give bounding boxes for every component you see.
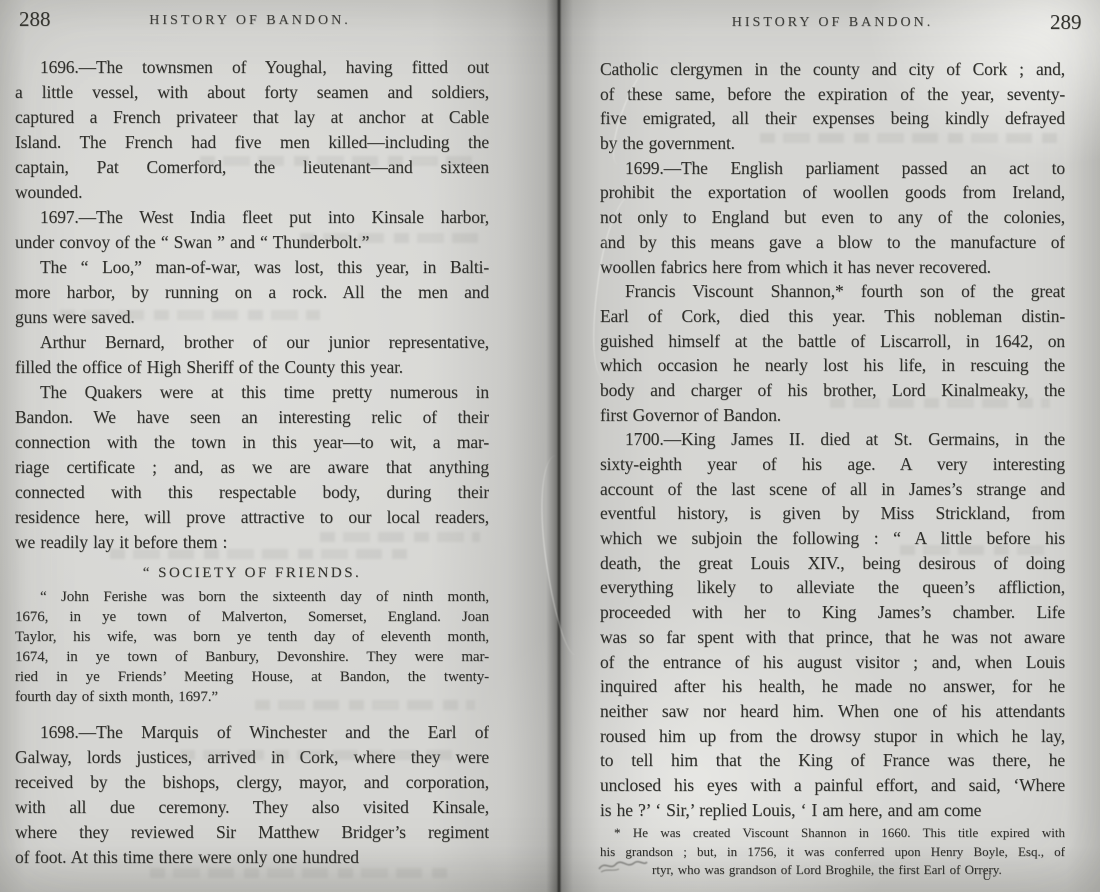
text-line: eventful history, is given by Miss Stric…	[600, 501, 1065, 526]
text-line: wounded.	[15, 180, 489, 205]
text-line: was so far spent with that prince, that …	[600, 625, 1065, 650]
text-line: prohibit the exportation of woollen good…	[600, 180, 1065, 205]
text-line: Island. The French had five men killed—i…	[15, 130, 489, 155]
printer-signature-mark: U	[972, 868, 1002, 884]
text-line: sixty-eighth year of his age. A very int…	[600, 452, 1065, 477]
text-line: death, the great Louis XIV., being desir…	[600, 551, 1065, 576]
text-line: inquired after his health, he made no an…	[600, 674, 1065, 699]
text-line: more harbor, by running on a rock. All t…	[15, 280, 489, 305]
text-line: 1700.—King James II. died at St. Germain…	[600, 427, 1065, 452]
paragraph-catholic-clergymen-continuation: Catholic clergymen in the county and cit…	[600, 57, 1065, 156]
page-number-right: 289	[1050, 10, 1082, 35]
text-line: unclosed his eyes with a painful effort,…	[600, 773, 1065, 798]
left-page-text-block: 1696.—The townsmen of Youghal, having fi…	[15, 55, 489, 870]
text-line: connection with the town in this year—to…	[15, 430, 489, 455]
text-line: riage certificate ; and, as we are aware…	[15, 455, 489, 480]
running-head-right: HISTORY OF BANDON.	[600, 15, 1065, 31]
text-line: received by the bishops, clergy, mayor, …	[15, 770, 489, 795]
paragraph-1698: 1698.—The Marquis of Winchester and the …	[15, 720, 489, 870]
marriage-certificate-quotation: “ John Ferishe was born the sixteenth da…	[15, 587, 489, 707]
text-line: 1699.—The English parliament passed an a…	[600, 156, 1065, 181]
paragraph-1700: 1700.—King James II. died at St. Germain…	[600, 427, 1065, 822]
text-line: of the entrance of his august visitor ; …	[600, 650, 1065, 675]
text-line: which we subjoin the following : “ A lit…	[600, 526, 1065, 551]
text-line: Francis Viscount Shannon,* fourth son of…	[600, 279, 1065, 304]
text-line: proceeded with her to King James’s chamb…	[600, 600, 1065, 625]
text-line: 1698.—The Marquis of Winchester and the …	[15, 720, 489, 745]
right-page-text-block: Catholic clergymen in the county and cit…	[600, 57, 1065, 822]
text-line: residence here, will prove attractive to…	[15, 505, 489, 530]
society-of-friends-heading: “ SOCIETY OF FRIENDS.	[15, 563, 489, 583]
text-line: “ John Ferishe was born the sixteenth da…	[15, 587, 489, 607]
text-line: 1697.—The West India fleet put into Kins…	[15, 205, 489, 230]
text-line: guns were saved.	[15, 305, 489, 330]
text-line: Taylor, his wife, was born ye tenth day …	[15, 627, 489, 647]
text-line: and by this means gave a blow to the man…	[600, 230, 1065, 255]
paragraph-1697: 1697.—The West India fleet put into Kins…	[15, 205, 489, 255]
text-line: is he ?’ ‘ Sir,’ replied Louis, ‘ I am h…	[600, 798, 1065, 823]
text-line: fourth day of sixth month, 1697.”	[15, 687, 489, 707]
text-line: under convoy of the “ Swan ” and “ Thund…	[15, 230, 489, 255]
text-line: Galway, lords justices, arrived in Cork,…	[15, 745, 489, 770]
text-line: everything likely to alleviate the queen…	[600, 575, 1065, 600]
paragraph-loo-man-of-war: The “ Loo,” man-of-war, was lost, this y…	[15, 255, 489, 330]
text-line: woollen fabrics here from which it has n…	[600, 255, 1065, 280]
text-line: neither saw nor heard him. When one of h…	[600, 699, 1065, 724]
text-line: body and charger of his brother, Lord Ki…	[600, 378, 1065, 403]
book-scan-spread: 288 HISTORY OF BANDON. 1696.—The townsme…	[0, 0, 1100, 892]
text-line: to tell him that the King of France was …	[600, 748, 1065, 773]
text-line: Earl of Cork, died this year. This noble…	[600, 304, 1065, 329]
paragraph-arthur-bernard: Arthur Bernard, brother of our junior re…	[15, 330, 489, 380]
text-line: roused him up from the drowsy stupor in …	[600, 724, 1065, 749]
text-line: 1674, in ye town of Banbury, Devonshire.…	[15, 647, 489, 667]
paragraph-quakers: The Quakers were at this time pretty num…	[15, 380, 489, 555]
text-line: 1676, in ye town of Malverton, Somerset,…	[15, 607, 489, 627]
text-line: account of the last scene of all in Jame…	[600, 477, 1065, 502]
text-line: ried in ye Friends’ Meeting House, at Ba…	[15, 667, 489, 687]
text-line: not only to England but even to any of t…	[600, 205, 1065, 230]
text-line: Catholic clergymen in the county and cit…	[600, 57, 1065, 82]
paragraph-1696: 1696.—The townsmen of Youghal, having fi…	[15, 55, 489, 205]
text-line: which occasion he nearly lost his life, …	[600, 353, 1065, 378]
text-line: 1696.—The townsmen of Youghal, having fi…	[15, 55, 489, 80]
paragraph-1699: 1699.—The English parliament passed an a…	[600, 156, 1065, 279]
text-line: first Governor of Bandon.	[600, 403, 1065, 428]
gutter-scratch	[531, 453, 599, 657]
text-line: where they reviewed Sir Matthew Bridger’…	[15, 820, 489, 845]
text-line: The Quakers were at this time pretty num…	[15, 380, 489, 405]
text-line: his grandson ; but, in 1756, it was conf…	[600, 843, 1065, 862]
text-line: of foot. At this time there were only on…	[15, 845, 489, 870]
text-line: * He was created Viscount Shannon in 166…	[600, 824, 1065, 843]
ink-smudge-illegible-word	[597, 856, 649, 874]
text-line: Arthur Bernard, brother of our junior re…	[15, 330, 489, 355]
text-line: five emigrated, all their expenses being…	[600, 106, 1065, 131]
text-line: with all due ceremony. They also visited…	[15, 795, 489, 820]
paragraph-viscount-shannon: Francis Viscount Shannon,* fourth son of…	[600, 279, 1065, 427]
text-line: The “ Loo,” man-of-war, was lost, this y…	[15, 255, 489, 280]
text-line: guished himself at the battle of Liscarr…	[600, 329, 1065, 354]
text-line: captain, Pat Comerford, the lieutenant—a…	[15, 155, 489, 180]
text-line: connected with this respectable body, du…	[15, 480, 489, 505]
text-line: Bandon. We have seen an interesting reli…	[15, 405, 489, 430]
text-line: by the government.	[600, 131, 1065, 156]
text-line: captured a French privateer that lay at …	[15, 105, 489, 130]
text-line: we readily lay it before them :	[15, 530, 489, 555]
text-line: filled the office of High Sheriff of the…	[15, 355, 489, 380]
text-line: of these same, before the expiration of …	[600, 82, 1065, 107]
text-line: a little vessel, with about forty seamen…	[15, 80, 489, 105]
running-head-left: HISTORY OF BANDON.	[15, 13, 485, 29]
